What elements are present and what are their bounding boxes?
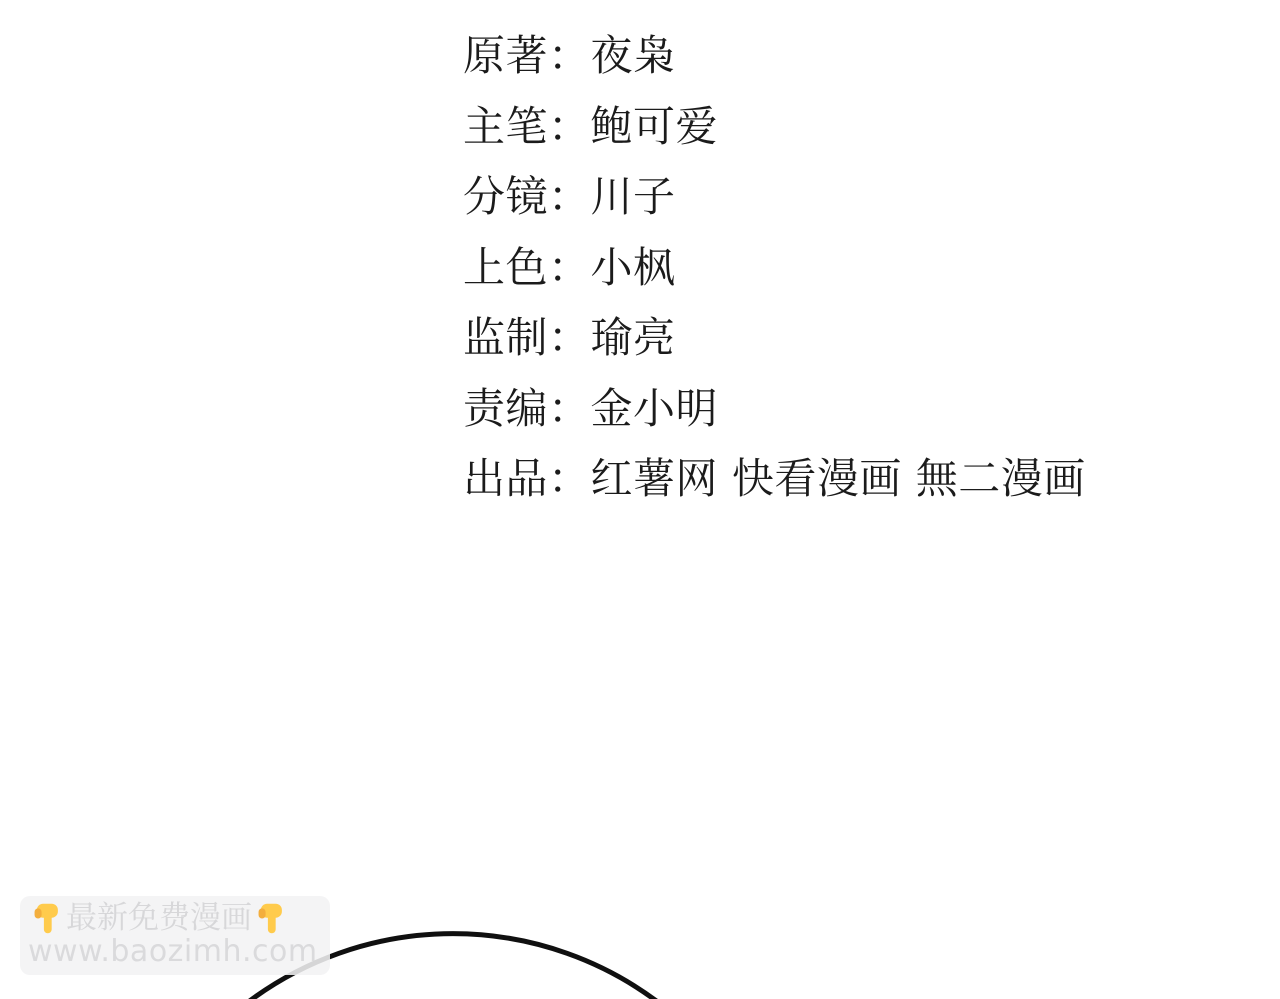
credit-name: 瑜亮 bbox=[591, 303, 676, 374]
credit-row-supervisor: 监制：瑜亮 bbox=[463, 303, 1086, 374]
credit-name: 川子 bbox=[591, 162, 676, 233]
credit-role: 分镜： bbox=[463, 162, 591, 233]
credit-name: 金小明 bbox=[591, 374, 719, 445]
point-down-emoji-icon bbox=[257, 902, 285, 935]
watermark-badge: 最新免费漫画 www.baozimh.com bbox=[20, 896, 330, 975]
watermark-line1: 最新免费漫画 bbox=[20, 896, 330, 935]
credits-block: 原著：夜枭 主笔：鲍可爱 分镜：川子 上色：小枫 监制：瑜亮 责编：金小明 出品… bbox=[463, 21, 1086, 515]
credit-row-storyboard: 分镜：川子 bbox=[463, 162, 1086, 233]
credit-row-editor: 责编：金小明 bbox=[463, 374, 1086, 445]
credit-row-coloring: 上色：小枫 bbox=[463, 233, 1086, 304]
credit-row-production: 出品：红薯网 快看漫画 無二漫画 bbox=[463, 444, 1086, 515]
credit-role: 监制： bbox=[463, 303, 591, 374]
watermark-url: www.baozimh.com bbox=[20, 935, 330, 968]
credit-role: 主笔： bbox=[463, 92, 591, 163]
comic-credits-page: 原著：夜枭 主笔：鲍可爱 分镜：川子 上色：小枫 监制：瑜亮 责编：金小明 出品… bbox=[0, 0, 1280, 999]
credit-role: 责编： bbox=[463, 374, 591, 445]
point-down-emoji-icon bbox=[33, 902, 61, 935]
credit-name: 鲍可爱 bbox=[591, 92, 719, 163]
credit-role: 上色： bbox=[463, 233, 591, 304]
credit-row-original-author: 原著：夜枭 bbox=[463, 21, 1086, 92]
credit-name: 夜枭 bbox=[591, 21, 676, 92]
credit-role: 出品： bbox=[463, 444, 591, 515]
credit-name: 红薯网 快看漫画 無二漫画 bbox=[591, 444, 1086, 515]
credit-role: 原著： bbox=[463, 21, 591, 92]
credit-row-lead-artist: 主笔：鲍可爱 bbox=[463, 92, 1086, 163]
credit-name: 小枫 bbox=[591, 233, 676, 304]
watermark-text: 最新免费漫画 bbox=[66, 901, 252, 935]
